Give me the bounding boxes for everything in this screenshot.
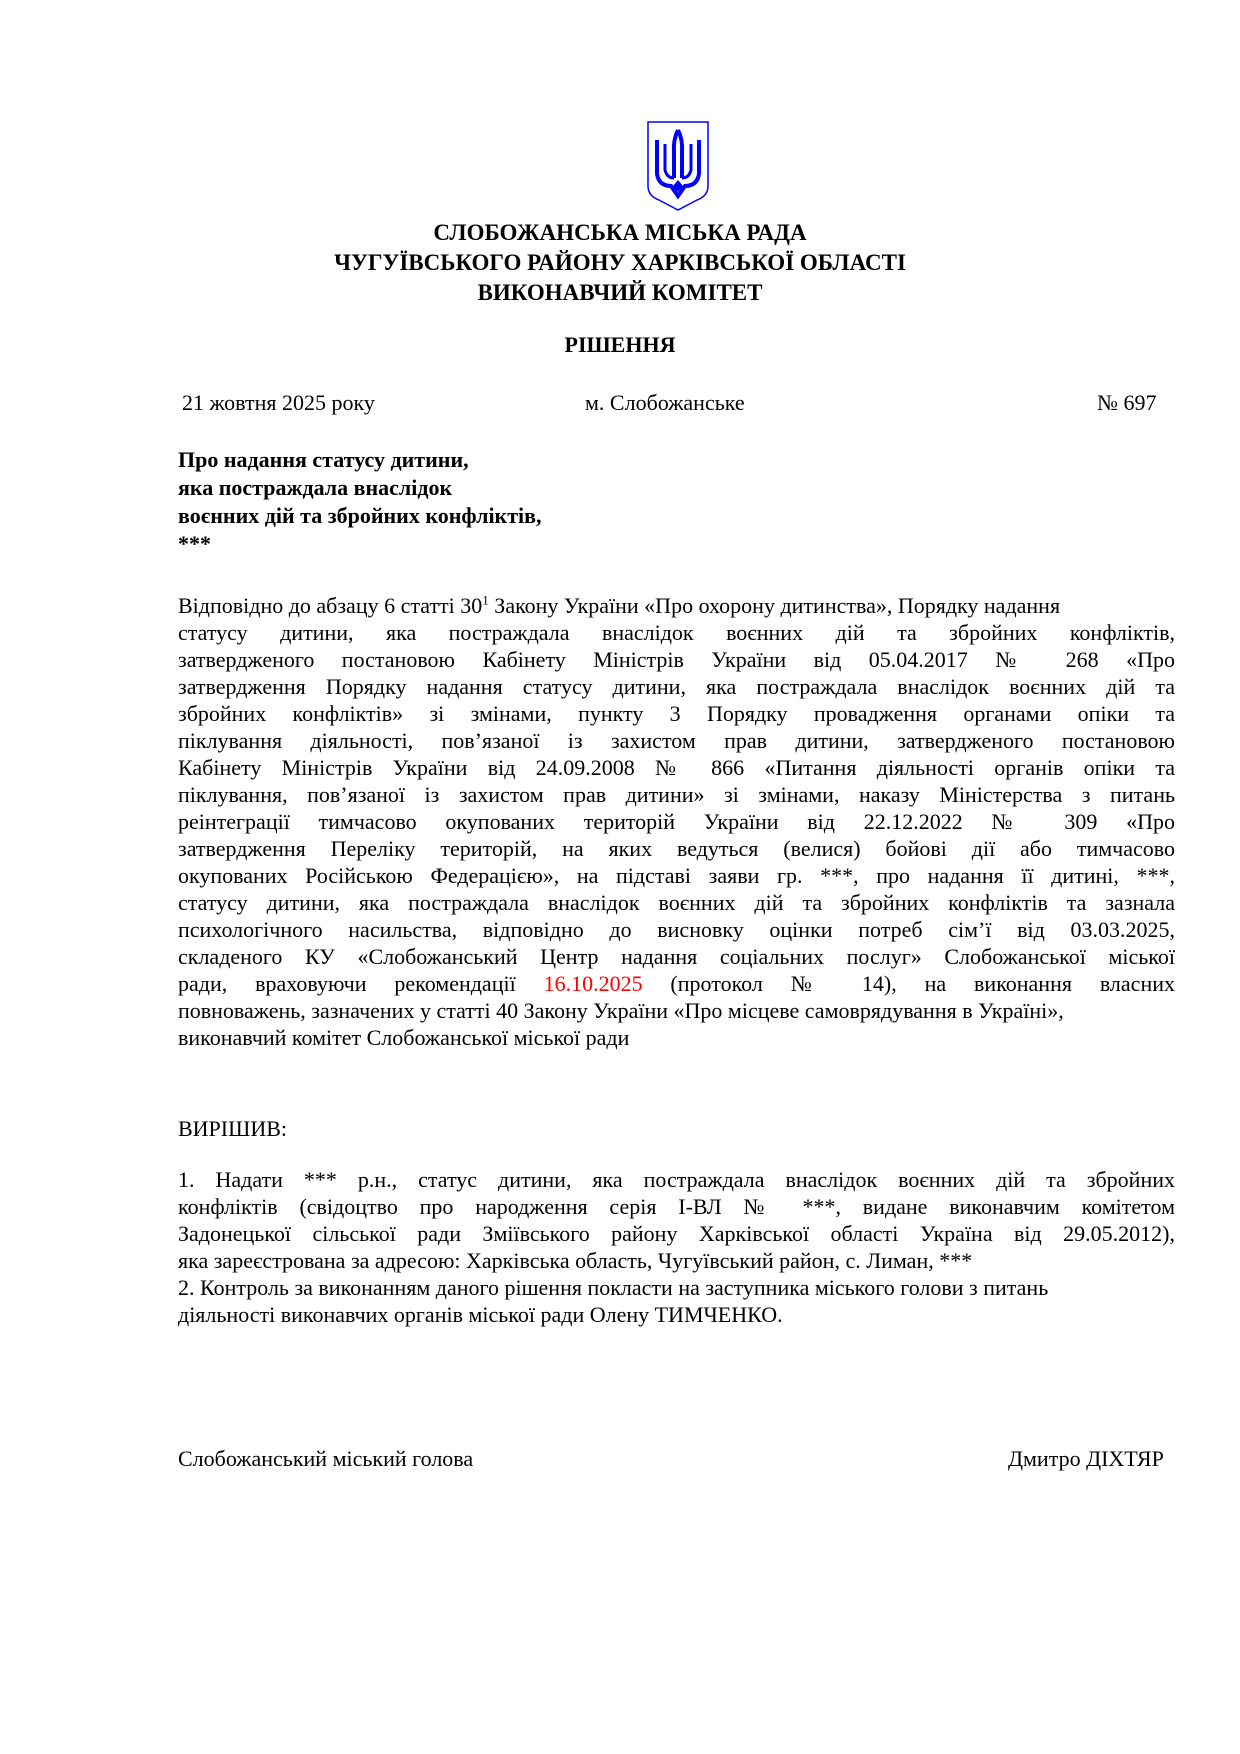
signatory-name: Дмитро ДІХТЯР [1008,1446,1164,1472]
preamble-text: (протокол № 14), на виконання власних [643,971,1175,996]
recommendation-date: 16.10.2025 [544,971,643,996]
item-2-line: діяльності виконавчих органів міської ра… [178,1301,1175,1328]
preamble-line: Кабінету Міністрів України від 24.09.200… [178,754,1175,781]
preamble-line: затвердження Порядку надання статусу дит… [178,673,1175,700]
ukraine-coat-of-arms-icon [645,120,711,212]
preamble-line: статусу дитини, яка постраждала внаслідо… [178,889,1175,916]
preamble-text: ради, враховуючи рекомендації [178,971,544,996]
resolved-label: ВИРІШИВ: [178,1116,287,1142]
decision-items: 1. Надати *** р.н., статус дитини, яка п… [178,1166,1175,1328]
document-number: № 697 [1097,390,1157,416]
preamble-text: Відповідно до абзацу 6 статті 30 [178,593,482,618]
district-region: ЧУГУЇВСЬКОГО РАЙОНУ ХАРКІВСЬКОЇ ОБЛАСТІ [0,248,1240,278]
preamble-paragraph: Відповідно до абзацу 6 статті 301 Закону… [178,592,1175,1051]
preamble-line: виконавчий комітет Слобожанської міської… [178,1024,1175,1051]
preamble-line: статусу дитини, яка постраждала внаслідо… [178,619,1175,646]
preamble-line: затвердження Переліку територій, на яких… [178,835,1175,862]
preamble-line: окупованих Російською Федерацією», на пі… [178,862,1175,889]
preamble-line: Відповідно до абзацу 6 статті 301 Закону… [178,592,1175,619]
subject-line: яка постраждала внаслідок [178,474,542,502]
subject-line: Про надання статусу дитини, [178,446,542,474]
subject-line: *** [178,530,542,558]
item-2-line: 2. Контроль за виконанням даного рішення… [178,1274,1175,1301]
preamble-line: ради, враховуючи рекомендації 16.10.2025… [178,970,1175,997]
document-type-title: РІШЕННЯ [0,332,1240,358]
signatory-title: Слобожанський міський голова [178,1446,473,1472]
executive-committee: ВИКОНАВЧИЙ КОМІТЕТ [0,278,1240,308]
preamble-line: повноважень, зазначених у статті 40 Зако… [178,997,1175,1024]
preamble-line: піклування, пов’язаної із захистом прав … [178,781,1175,808]
document-date: 21 жовтня 2025 року [182,390,375,416]
item-1-line: яка зареєстрована за адресою: Харківська… [178,1247,1175,1274]
document-page: СЛОБОЖАНСЬКА МІСЬКА РАДА ЧУГУЇВСЬКОГО РА… [0,0,1240,1754]
preamble-line: психологічного насильства, відповідно до… [178,916,1175,943]
document-city: м. Слобожанське [585,390,745,416]
preamble-line: піклування діяльності, пов’язаної із зах… [178,727,1175,754]
preamble-line: складеного КУ «Слобожанський Центр надан… [178,943,1175,970]
item-1-line: 1. Надати *** р.н., статус дитини, яка п… [178,1166,1175,1193]
preamble-line: реінтеграції тимчасово окупованих терито… [178,808,1175,835]
preamble-line: збройних конфліктів» зі змінами, пункту … [178,700,1175,727]
subject-line: воєнних дій та збройних конфліктів, [178,502,542,530]
council-name: СЛОБОЖАНСЬКА МІСЬКА РАДА [0,218,1240,248]
document-subject: Про надання статусу дитини, яка постражд… [178,446,542,558]
item-1-line: Задонецької сільської ради Зміївського р… [178,1220,1175,1247]
item-1-line: конфліктів (свідоцтво про народження сер… [178,1193,1175,1220]
preamble-text: Закону України «Про охорону дитинства», … [489,593,1060,618]
preamble-line: затвердженого постановою Кабінету Мініст… [178,646,1175,673]
